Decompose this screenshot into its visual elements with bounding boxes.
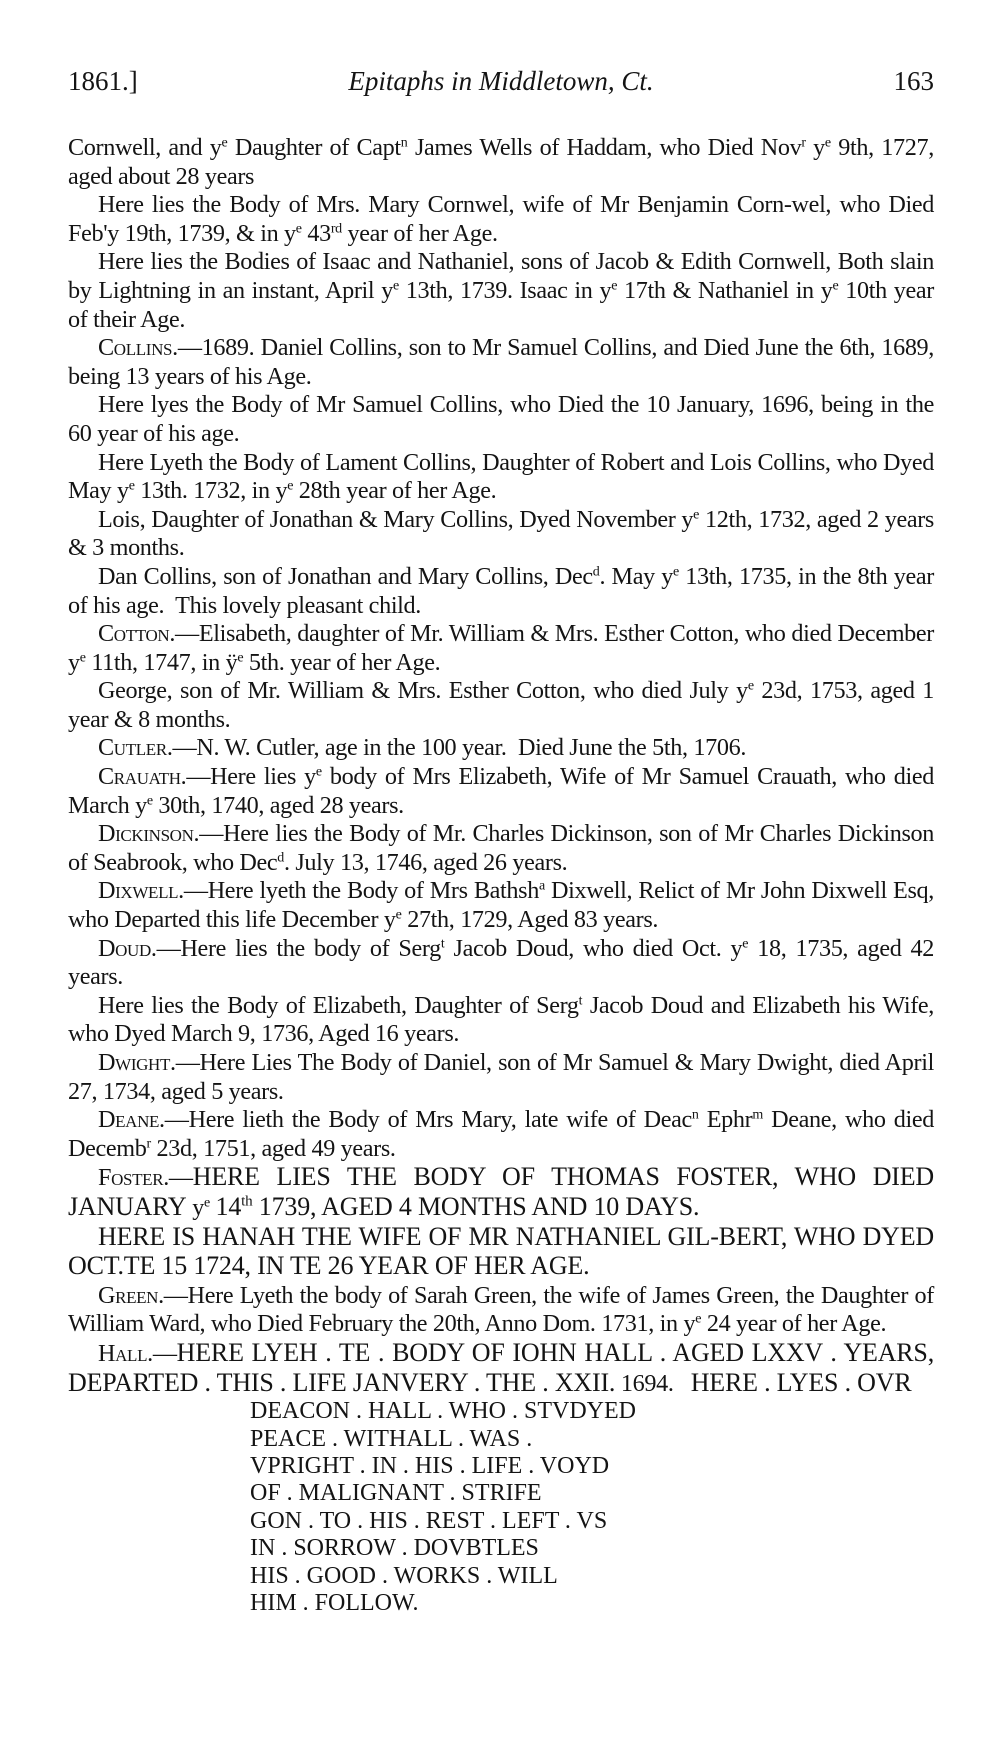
epitaph-paragraph: Dickinson.—Here lies the Body of Mr. Cha… <box>68 820 934 877</box>
epitaph-paragraph: Lois, Daughter of Jonathan & Mary Collin… <box>68 506 934 563</box>
epitaph-paragraph: Collins.—1689. Daniel Collins, son to Mr… <box>68 334 934 391</box>
epitaph-paragraph: Dwight.—Here Lies The Body of Daniel, so… <box>68 1049 934 1106</box>
verse-line: HIS . GOOD . WORKS . WILL <box>250 1563 934 1590</box>
epitaph-paragraph: Cotton.—Elisabeth, daughter of Mr. Willi… <box>68 620 934 677</box>
hall-epitaph-verse: DEACON . HALL . WHO . STVDYEDPEACE . WIT… <box>250 1398 934 1617</box>
epitaph-paragraph: Here lyes the Body of Mr Samuel Collins,… <box>68 391 934 448</box>
epitaph-paragraph: HERE IS HANAH THE WIFE OF MR NATHANIEL G… <box>68 1223 934 1282</box>
verse-line: PEACE . WITHALL . WAS . <box>250 1426 934 1453</box>
epitaph-paragraph: Crauath.—Here lies ye body of Mrs Elizab… <box>68 763 934 820</box>
page-number: 163 <box>894 66 935 97</box>
epitaph-paragraphs: Cornwell, and ye Daughter of Captn James… <box>68 134 934 1398</box>
epitaph-paragraph: George, son of Mr. William & Mrs. Esther… <box>68 677 934 734</box>
page-body: Cornwell, and ye Daughter of Captn James… <box>68 134 934 1617</box>
verse-line: OF . MALIGNANT . STRIFE <box>250 1480 934 1507</box>
verse-line: HIM . FOLLOW. <box>250 1590 934 1617</box>
verse-line: VPRIGHT . IN . HIS . LIFE . VOYD <box>250 1453 934 1480</box>
epitaph-paragraph: Foster.—HERE LIES THE BODY OF THOMAS FOS… <box>68 1163 934 1222</box>
epitaph-paragraph: Green.—Here Lyeth the body of Sarah Gree… <box>68 1282 934 1339</box>
verse-line: GON . TO . HIS . REST . LEFT . VS <box>250 1508 934 1535</box>
verse-line: DEACON . HALL . WHO . STVDYED <box>250 1398 934 1425</box>
epitaph-paragraph: Here lies the Bodies of Isaac and Nathan… <box>68 248 934 334</box>
epitaph-paragraph: Cornwell, and ye Daughter of Captn James… <box>68 134 934 191</box>
epitaph-paragraph: Here lies the Body of Mrs. Mary Cornwel,… <box>68 191 934 248</box>
epitaph-paragraph: Here lies the Body of Elizabeth, Daughte… <box>68 992 934 1049</box>
epitaph-paragraph: Hall.—HERE LYEH . TE . BODY OF IOHN HALL… <box>68 1339 934 1398</box>
epitaph-paragraph: Dixwell.—Here lyeth the Body of Mrs Bath… <box>68 877 934 934</box>
header-title: Epitaphs in Middletown, Ct. <box>68 66 934 97</box>
epitaph-paragraph: Doud.—Here lies the body of Sergt Jacob … <box>68 935 934 992</box>
verse-line: IN . SORROW . DOVBTLES <box>250 1535 934 1562</box>
epitaph-paragraph: Dan Collins, son of Jonathan and Mary Co… <box>68 563 934 620</box>
epitaph-paragraph: Cutler.—N. W. Cutler, age in the 100 yea… <box>68 734 934 763</box>
running-header: 1861.] Epitaphs in Middletown, Ct. 163 <box>68 66 934 106</box>
epitaph-paragraph: Deane.—Here lieth the Body of Mrs Mary, … <box>68 1106 934 1163</box>
epitaph-paragraph: Here Lyeth the Body of Lament Collins, D… <box>68 449 934 506</box>
